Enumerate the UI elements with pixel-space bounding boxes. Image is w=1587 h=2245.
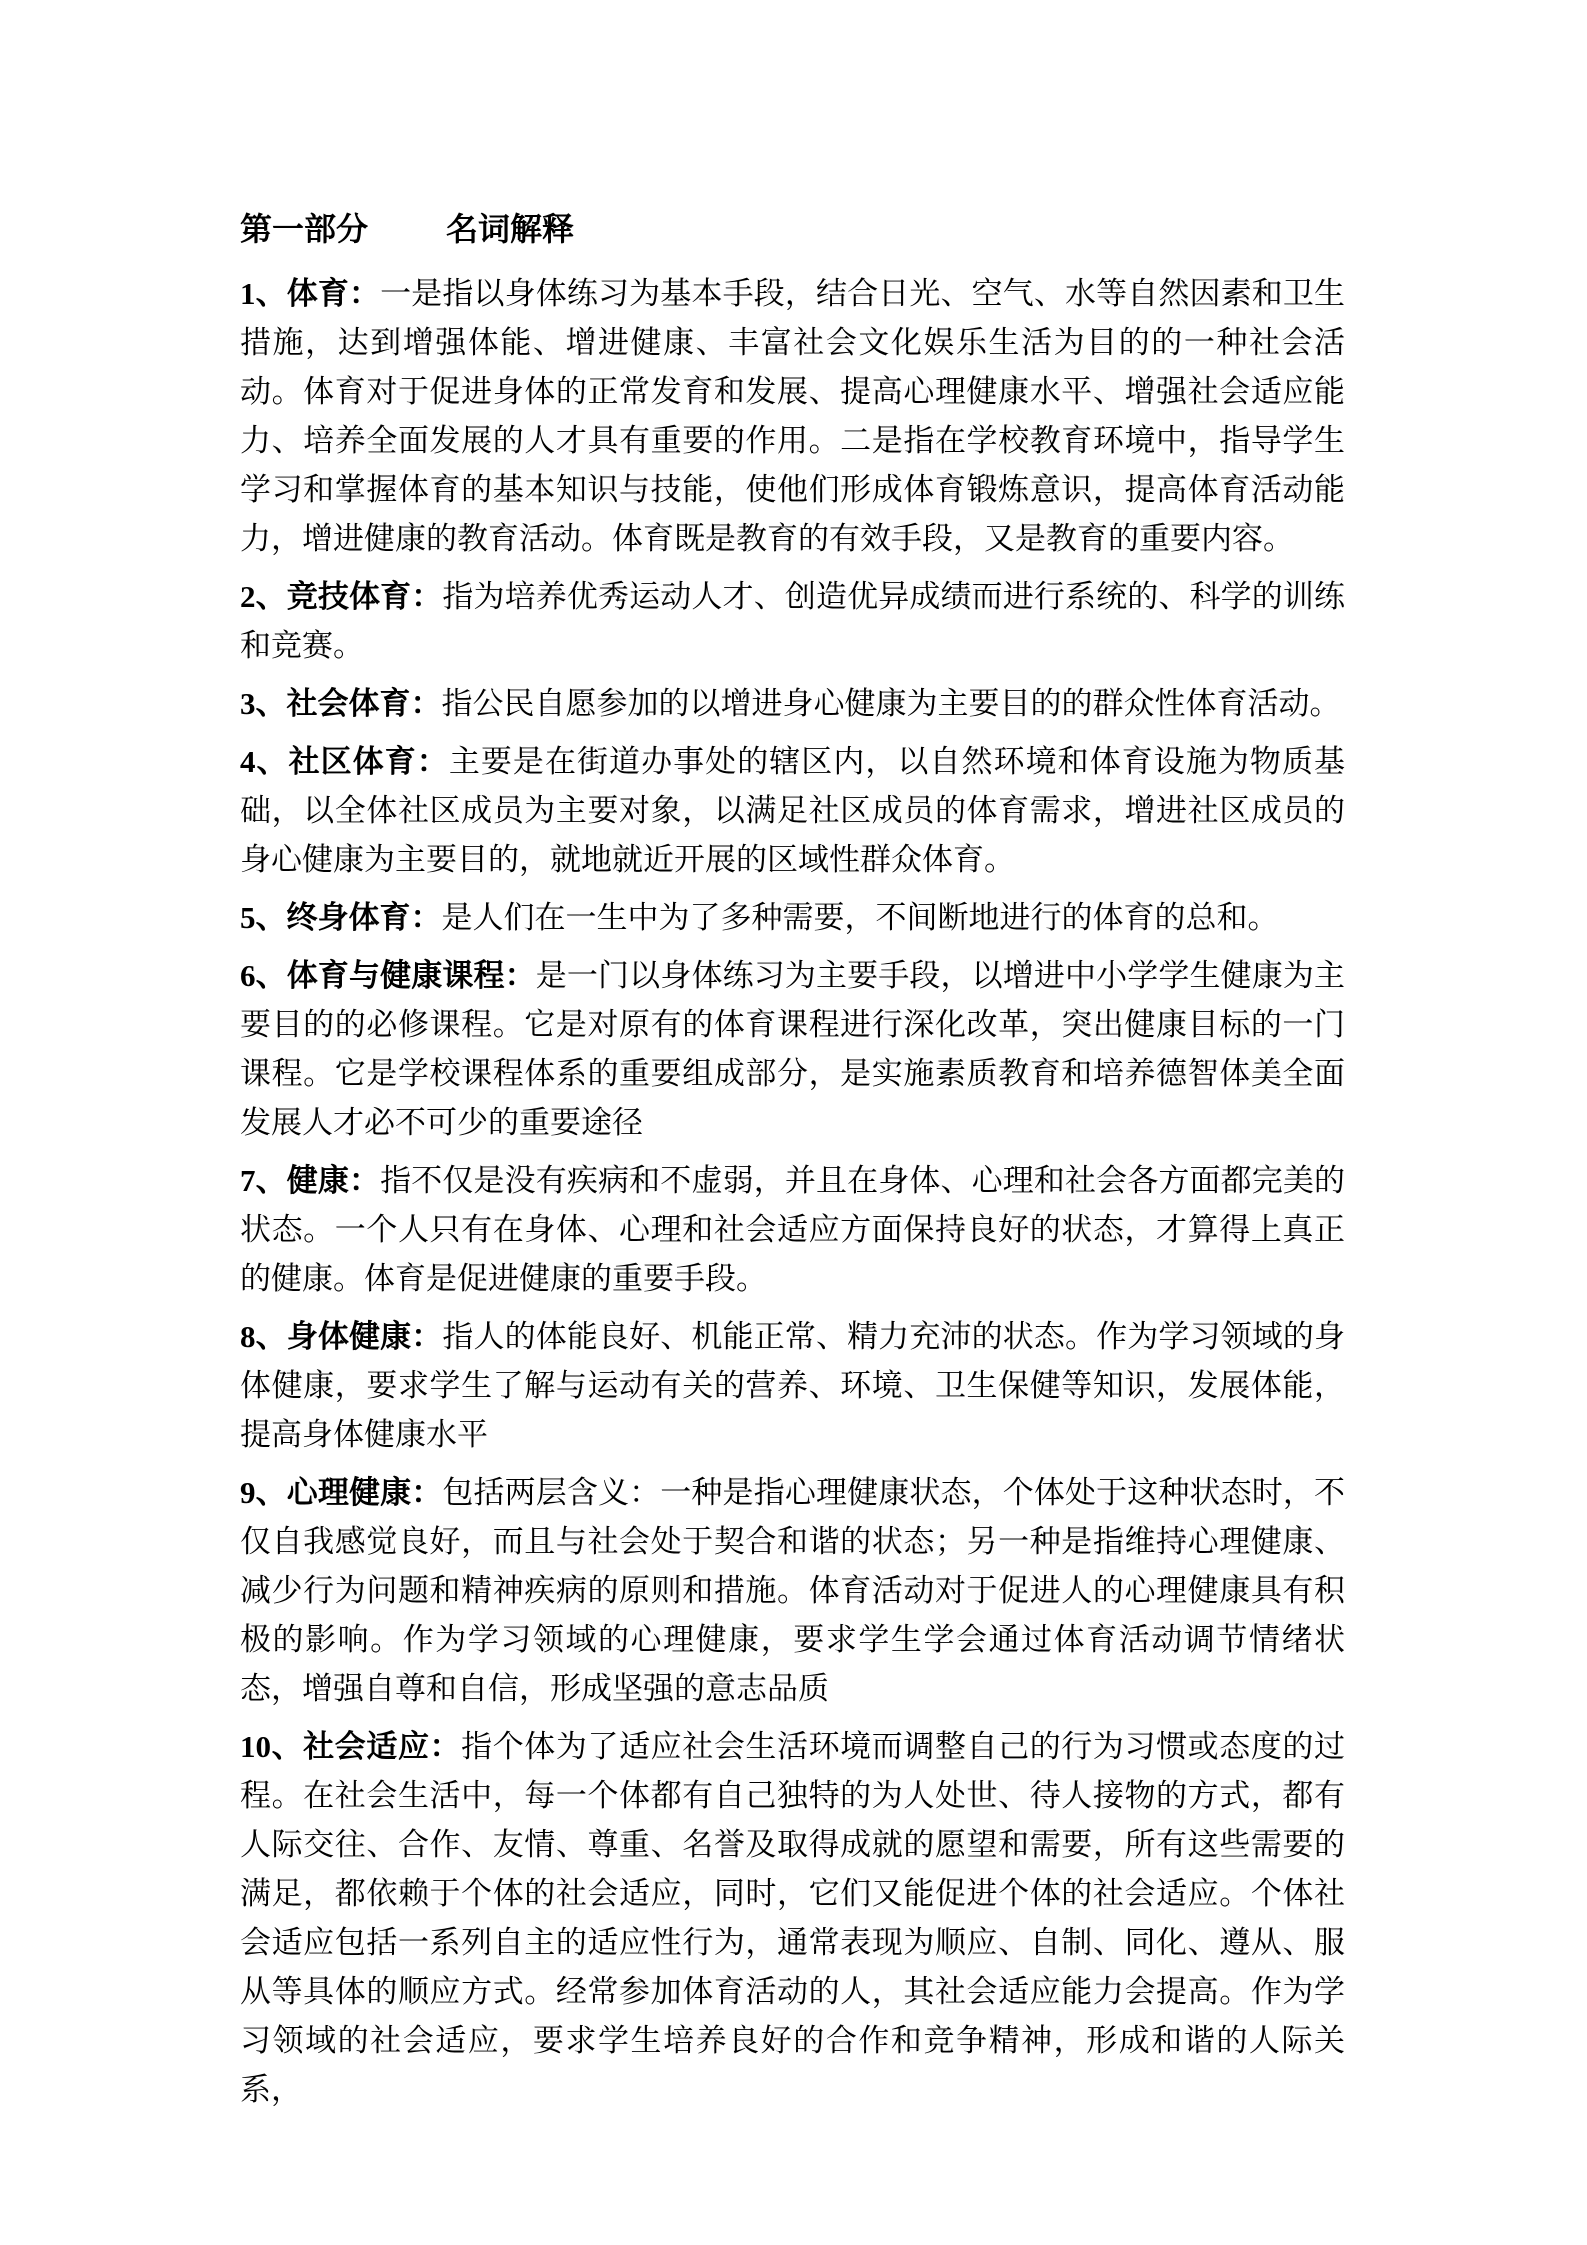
definition-item-7: 7、健康：指不仅是没有疾病和不虚弱，并且在身体、心理和社会各方面都完美的状态。一… <box>240 1156 1345 1303</box>
definition-text: 一是指以身体练习为基本手段，结合日光、空气、水等自然因素和卫生措施，达到增强体能… <box>240 276 1345 556</box>
definition-item-3: 3、社会体育：指公民自愿参加的以增进身心健康为主要目的的群众性体育活动。 <box>240 679 1345 728</box>
definition-term: 2、竞技体育： <box>240 579 442 614</box>
definition-term: 6、体育与健康课程： <box>240 958 536 993</box>
definition-item-9: 9、心理健康：包括两层含义：一种是指心理健康状态，个体处于这种状态时，不仅自我感… <box>240 1468 1345 1713</box>
definition-item-6: 6、体育与健康课程：是一门以身体练习为主要手段，以增进中小学学生健康为主要目的的… <box>240 951 1345 1147</box>
definition-text: 指个体为了适应社会生活环境而调整自己的行为习惯或态度的过程。在社会生活中，每一个… <box>240 1729 1345 2107</box>
definition-term: 9、心理健康： <box>240 1475 442 1510</box>
section-part-label: 第一部分 <box>240 211 368 247</box>
definition-item-4: 4、社区体育：主要是在街道办事处的辖区内，以自然环境和体育设施为物质基础，以全体… <box>240 737 1345 884</box>
definition-text: 指不仅是没有疾病和不虚弱，并且在身体、心理和社会各方面都完美的状态。一个人只有在… <box>240 1163 1345 1296</box>
definition-term: 7、健康： <box>240 1163 380 1198</box>
definition-text: 是人们在一生中为了多种需要，不间断地进行的体育的总和。 <box>442 900 1279 935</box>
section-title: 名词解释 <box>446 211 574 247</box>
definition-item-2: 2、竞技体育：指为培养优秀运动人才、创造优异成绩而进行系统的、科学的训练和竞赛。 <box>240 572 1345 670</box>
definition-text: 指公民自愿参加的以增进身心健康为主要目的的群众性体育活动。 <box>442 686 1341 721</box>
definition-term: 5、终身体育： <box>240 900 442 935</box>
definition-term: 3、社会体育： <box>240 686 442 721</box>
document-page: 第一部分名词解释 1、体育：一是指以身体练习为基本手段，结合日光、空气、水等自然… <box>0 0 1587 2245</box>
definition-term: 8、身体健康： <box>240 1319 442 1354</box>
definition-item-10: 10、社会适应：指个体为了适应社会生活环境而调整自己的行为习惯或态度的过程。在社… <box>240 1722 1345 2114</box>
definition-item-1: 1、体育：一是指以身体练习为基本手段，结合日光、空气、水等自然因素和卫生措施，达… <box>240 269 1345 563</box>
definition-term: 10、社会适应： <box>240 1729 461 1764</box>
definition-item-5: 5、终身体育：是人们在一生中为了多种需要，不间断地进行的体育的总和。 <box>240 893 1345 942</box>
definition-item-8: 8、身体健康：指人的体能良好、机能正常、精力充沛的状态。作为学习领域的身体健康，… <box>240 1312 1345 1459</box>
definition-term: 4、社区体育： <box>240 744 449 779</box>
section-heading: 第一部分名词解释 <box>240 205 1345 253</box>
definition-term: 1、体育： <box>240 276 380 311</box>
